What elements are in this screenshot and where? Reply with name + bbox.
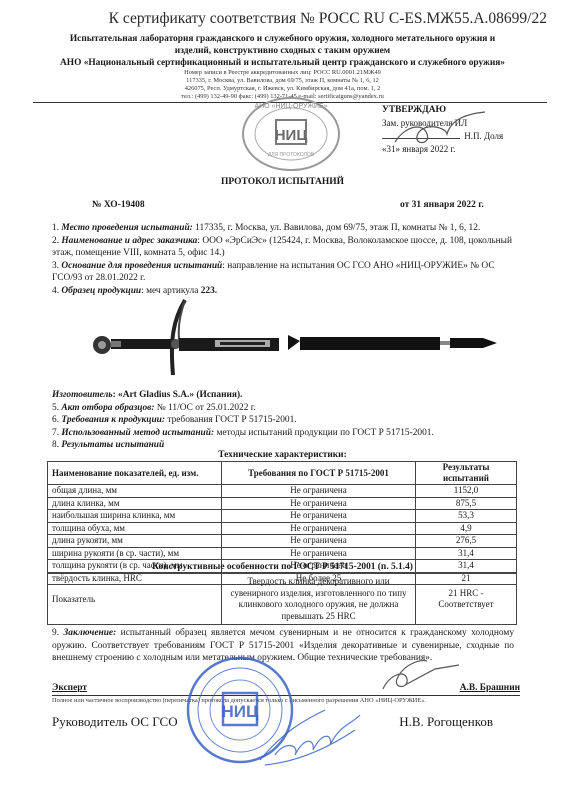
protocol-title: ПРОТОКОЛ ИСПЫТАНИЙ	[0, 177, 565, 187]
protocol-date: от 31 января 2022 г.	[400, 200, 484, 210]
table-row: длина рукояти, ммНе ограничена276,5	[48, 535, 517, 548]
svg-text:АНО «НИЦ-ОРУЖИЕ»: АНО «НИЦ-ОРУЖИЕ»	[254, 103, 327, 110]
svg-text:НИЦ: НИЦ	[222, 702, 259, 721]
item-7: 7. Использованный метод испытаний: метод…	[52, 427, 512, 440]
table-row: наибольшая ширина клинка, ммНе ограничен…	[48, 510, 517, 523]
cell-requirement: Не ограничена	[222, 510, 416, 523]
table-row: ширина рукояти (в ср. части), ммНе огран…	[48, 547, 517, 560]
design-table: Показатель Твердость клинка декоративног…	[47, 573, 517, 625]
cell-requirement: Не ограничена	[222, 535, 416, 548]
cell-result: 276,5	[416, 535, 517, 548]
cell-result: 1152,0	[416, 485, 517, 498]
svg-text:ДЛЯ ПРОТОКОЛОВ: ДЛЯ ПРОТОКОЛОВ	[268, 152, 315, 158]
lab-name-line1: Испытательная лаборатория гражданского и…	[0, 33, 565, 45]
design-table-caption: Конструктивные особенности по ГОСТ Р 517…	[0, 562, 565, 572]
cell-indicator: длина рукояти, мм	[48, 535, 222, 548]
expert-label: Эксперт	[52, 683, 87, 693]
tech-table-caption: Технические характеристики:	[0, 450, 565, 460]
item-2: 2. Наименование и адрес заказчика: ООО «…	[52, 235, 512, 260]
svg-text:НИЦ: НИЦ	[275, 127, 308, 144]
head-os-signature	[255, 700, 365, 770]
cell-requirement: Не ограничена	[222, 547, 416, 560]
cell-result: 875,5	[416, 497, 517, 510]
tech-table-header: Наименование показателей, ед. изм. Требо…	[48, 462, 517, 485]
header-indicator: Наименование показателей, ед. изм.	[48, 462, 222, 485]
table-row: общая длина, ммНе ограничена1152,0	[48, 485, 517, 498]
org-name: АНО «Национальный сертификационный и исп…	[0, 57, 565, 69]
design-table-row: Показатель Твердость клинка декоративног…	[48, 574, 517, 625]
item-5: 5. Акт отбора образцов: № 11/ОС от 25.01…	[52, 402, 512, 415]
cell-indicator: ширина рукояти (в ср. части), мм	[48, 547, 222, 560]
head-os-position: Руководитель ОС ГСО	[52, 714, 178, 730]
cell-result: 4,9	[416, 522, 517, 535]
protocol-number: № ХО-19408	[92, 200, 145, 210]
item-3: 3. Основание для проведения испытаний: н…	[52, 260, 512, 285]
head-os-name: Н.В. Рогощенков	[399, 714, 493, 730]
cell-indicator: наибольшая ширина клинка, мм	[48, 510, 222, 523]
product-photo-sword	[55, 295, 500, 380]
cell-result: 53,3	[416, 510, 517, 523]
approval-signature	[385, 104, 495, 149]
cell-indicator: длина клинка, мм	[48, 497, 222, 510]
design-indicator: Показатель	[48, 574, 222, 625]
header-requirement: Требования по ГОСТ Р 51715-2001	[222, 462, 416, 485]
lab-name-line2: изделий, конструктивно сходных с таким о…	[0, 45, 565, 57]
cell-indicator: общая длина, мм	[48, 485, 222, 498]
protocol-items: 1. Место проведения испытаний: 117335, г…	[52, 222, 512, 298]
manufacturer: Изготовитель: «Art Gladius S.A.» (Испани…	[52, 389, 512, 402]
cell-indicator: толщина обуха, мм	[48, 522, 222, 535]
expert-name: А.В. Брашнин	[460, 683, 520, 693]
lab-stamp: НИЦ АНО «НИЦ-ОРУЖИЕ» ДЛЯ ПРОТОКОЛОВ	[240, 96, 342, 172]
header-result: Результаты испытаний	[416, 462, 517, 485]
certificate-reference: К сертификату соответствия № РОСС RU C-E…	[0, 10, 547, 28]
table-row: толщина обуха, ммНе ограничена4,9	[48, 522, 517, 535]
protocol-items-2: Изготовитель: «Art Gladius S.A.» (Испани…	[52, 389, 512, 452]
table-row: длина клинка, ммНе ограничена875,5	[48, 497, 517, 510]
item-6: 6. Требования к продукции: требования ГО…	[52, 414, 512, 427]
expert-signature	[375, 655, 465, 695]
cell-requirement: Не ограничена	[222, 485, 416, 498]
cell-result: 31,4	[416, 547, 517, 560]
cell-requirement: Не ограничена	[222, 522, 416, 535]
item-1: 1. Место проведения испытаний: 117335, г…	[52, 222, 512, 235]
cell-requirement: Не ограничена	[222, 497, 416, 510]
design-result: 21 HRC - Соответствует	[416, 574, 517, 625]
design-requirement: Твердость клинка декоративного или сувен…	[222, 574, 416, 625]
